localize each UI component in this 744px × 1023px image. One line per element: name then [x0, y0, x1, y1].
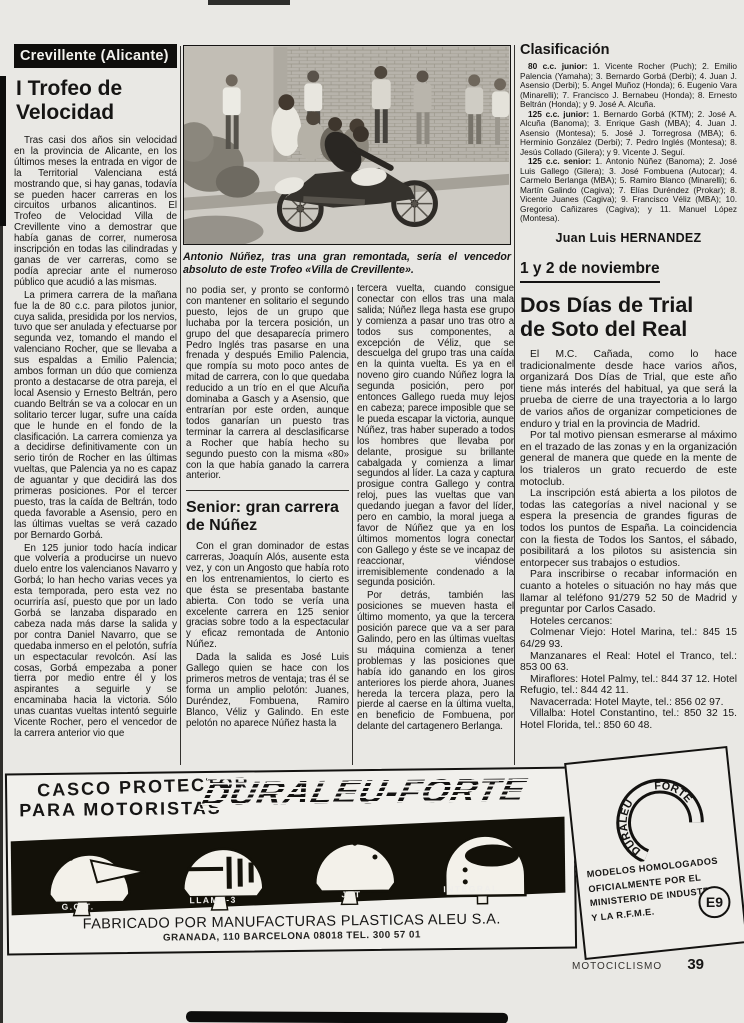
trial-paragraph: El M.C. Cañada, como lo hace tradicional…	[520, 349, 737, 430]
scan-artifact	[0, 226, 3, 1023]
ad-main-panel: CASCO PROTECTOR PARA MOTORISTAS DURALEU-…	[5, 767, 577, 956]
column-divider	[180, 46, 181, 765]
trial-date-kicker: 1 y 2 de noviembre	[520, 260, 660, 283]
helmet-advertisement: CASCO PROTECTOR PARA MOTORISTAS DURALEU-…	[6, 760, 740, 962]
trial-paragraph: Para inscribirse o recabar información e…	[520, 569, 737, 615]
classification-entry: 125 c.c. senior: 1. Antonio Núñez (Banom…	[520, 157, 737, 224]
magazine-name: MOTOCICLISMO	[572, 961, 662, 972]
article-paragraph: tercera vuelta, cuando consigue conectar…	[357, 284, 514, 589]
article-paragraph: La primera carrera de la mañana fue la d…	[14, 291, 177, 542]
article-paragraph: no podía ser, y pronto se conformó con m…	[186, 286, 349, 482]
classification-results: 1. Antonio Núñez (Banoma); 2. José Luis …	[520, 156, 737, 223]
photo-caption: Antonio Núñez, tras una gran remontada, …	[183, 251, 511, 277]
article-column-1: Crevillente (Alicante) I Trofeo de Veloc…	[14, 44, 177, 768]
ad-homologation-panel: DURALEU FORTE MODELOS HOMOLOGADOS OFICIA…	[564, 746, 744, 960]
svg-text:DURALEU: DURALEU	[602, 794, 661, 858]
article-paragraph: Dada la salida es José Luis Gallego quie…	[186, 653, 349, 729]
helmet-label: LLAMP-3	[189, 895, 236, 906]
article-subhead: Senior: gran carrera de Núñez	[186, 490, 349, 535]
article-paragraph: Por detrás, también las posiciones se mu…	[357, 591, 514, 733]
hotel-entry: Navacerrada: Hotel Mayte, tel.: 856 02 9…	[520, 697, 737, 709]
classification-entry: 80 c.c. junior: 1. Vicente Rocher (Puch)…	[520, 62, 737, 110]
trial-paragraph: Por tal motivo piensan esmerarse al máxi…	[520, 430, 737, 488]
horseshoe-brand-left: DURALEU	[602, 794, 661, 858]
hotels-label: Hoteles cercanos:	[520, 616, 737, 628]
article-title: I Trofeo de Velocidad	[16, 77, 166, 124]
article-paragraph: En 125 junior todo hacía indicar que vol…	[14, 544, 177, 740]
classification-entry: 125 c.c. junior: 1. Bernardo Gorbá (KTM)…	[520, 110, 737, 158]
classification-title: Clasificación	[520, 42, 737, 58]
classification-category: 125 c.c. junior:	[528, 109, 589, 119]
helmet-label: INTEGRAL	[443, 883, 499, 894]
column-divider	[352, 287, 353, 765]
article-paragraph: Con el gran dominador de estas carreras,…	[186, 542, 349, 651]
hotel-entry: Miraflores: Hotel Palmy, tel.: 844 37 12…	[520, 674, 737, 697]
race-photo-illustration	[184, 46, 509, 244]
helmet-label: G.C.T.	[61, 901, 94, 911]
scan-artifact	[208, 0, 290, 5]
article-column-2: no podía ser, y pronto se conformó con m…	[186, 286, 349, 768]
trial-title: Dos Días de Trial de Soto del Real	[520, 293, 720, 342]
hotel-entry: Manzanares el Real: Hotel el Tranco, tel…	[520, 651, 737, 674]
magazine-page: Crevillente (Alicante) I Trofeo de Veloc…	[0, 0, 744, 1023]
author-byline: Juan Luis HERNANDEZ	[520, 231, 737, 245]
photo-block: Antonio Núñez, tras una gran remontada, …	[183, 45, 511, 277]
scan-artifact	[186, 1011, 508, 1023]
brand-logo: DURALEU-FORTE	[198, 770, 574, 813]
horseshoe-logo: DURALEU FORTE	[595, 755, 709, 865]
helmet-label: JET	[341, 889, 361, 899]
brand-logo-stripes	[198, 770, 574, 813]
page-footer: MOTOCICLISMO 39	[572, 956, 704, 973]
hotel-entry: Villalba: Hotel Constantino, tel.: 850 3…	[520, 708, 737, 731]
article-column-3: tercera vuelta, cuando consigue conectar…	[357, 284, 514, 768]
classification-category: 125 c.c. senior:	[528, 156, 591, 166]
race-photo	[183, 45, 511, 245]
hotel-entry: Colmenar Viejo: Hotel Marina, tel.: 845 …	[520, 627, 737, 650]
classification-category: 80 c.c. junior:	[528, 61, 588, 71]
right-column: Clasificación 80 c.c. junior: 1. Vicente…	[520, 42, 737, 766]
article-paragraph: Tras casi dos años sin velocidad en la p…	[14, 136, 177, 289]
trial-paragraph: La inscripción está abierta a los piloto…	[520, 488, 737, 569]
e9-homologation-badge: E9	[698, 886, 730, 918]
helmet-band-illustration: G.C.T. LLAMP-3 JET INTEGRAL	[9, 813, 566, 918]
column-divider	[514, 45, 515, 765]
scan-artifact	[0, 76, 6, 226]
page-number: 39	[687, 956, 704, 973]
article-kicker: Crevillente (Alicante)	[14, 44, 177, 68]
